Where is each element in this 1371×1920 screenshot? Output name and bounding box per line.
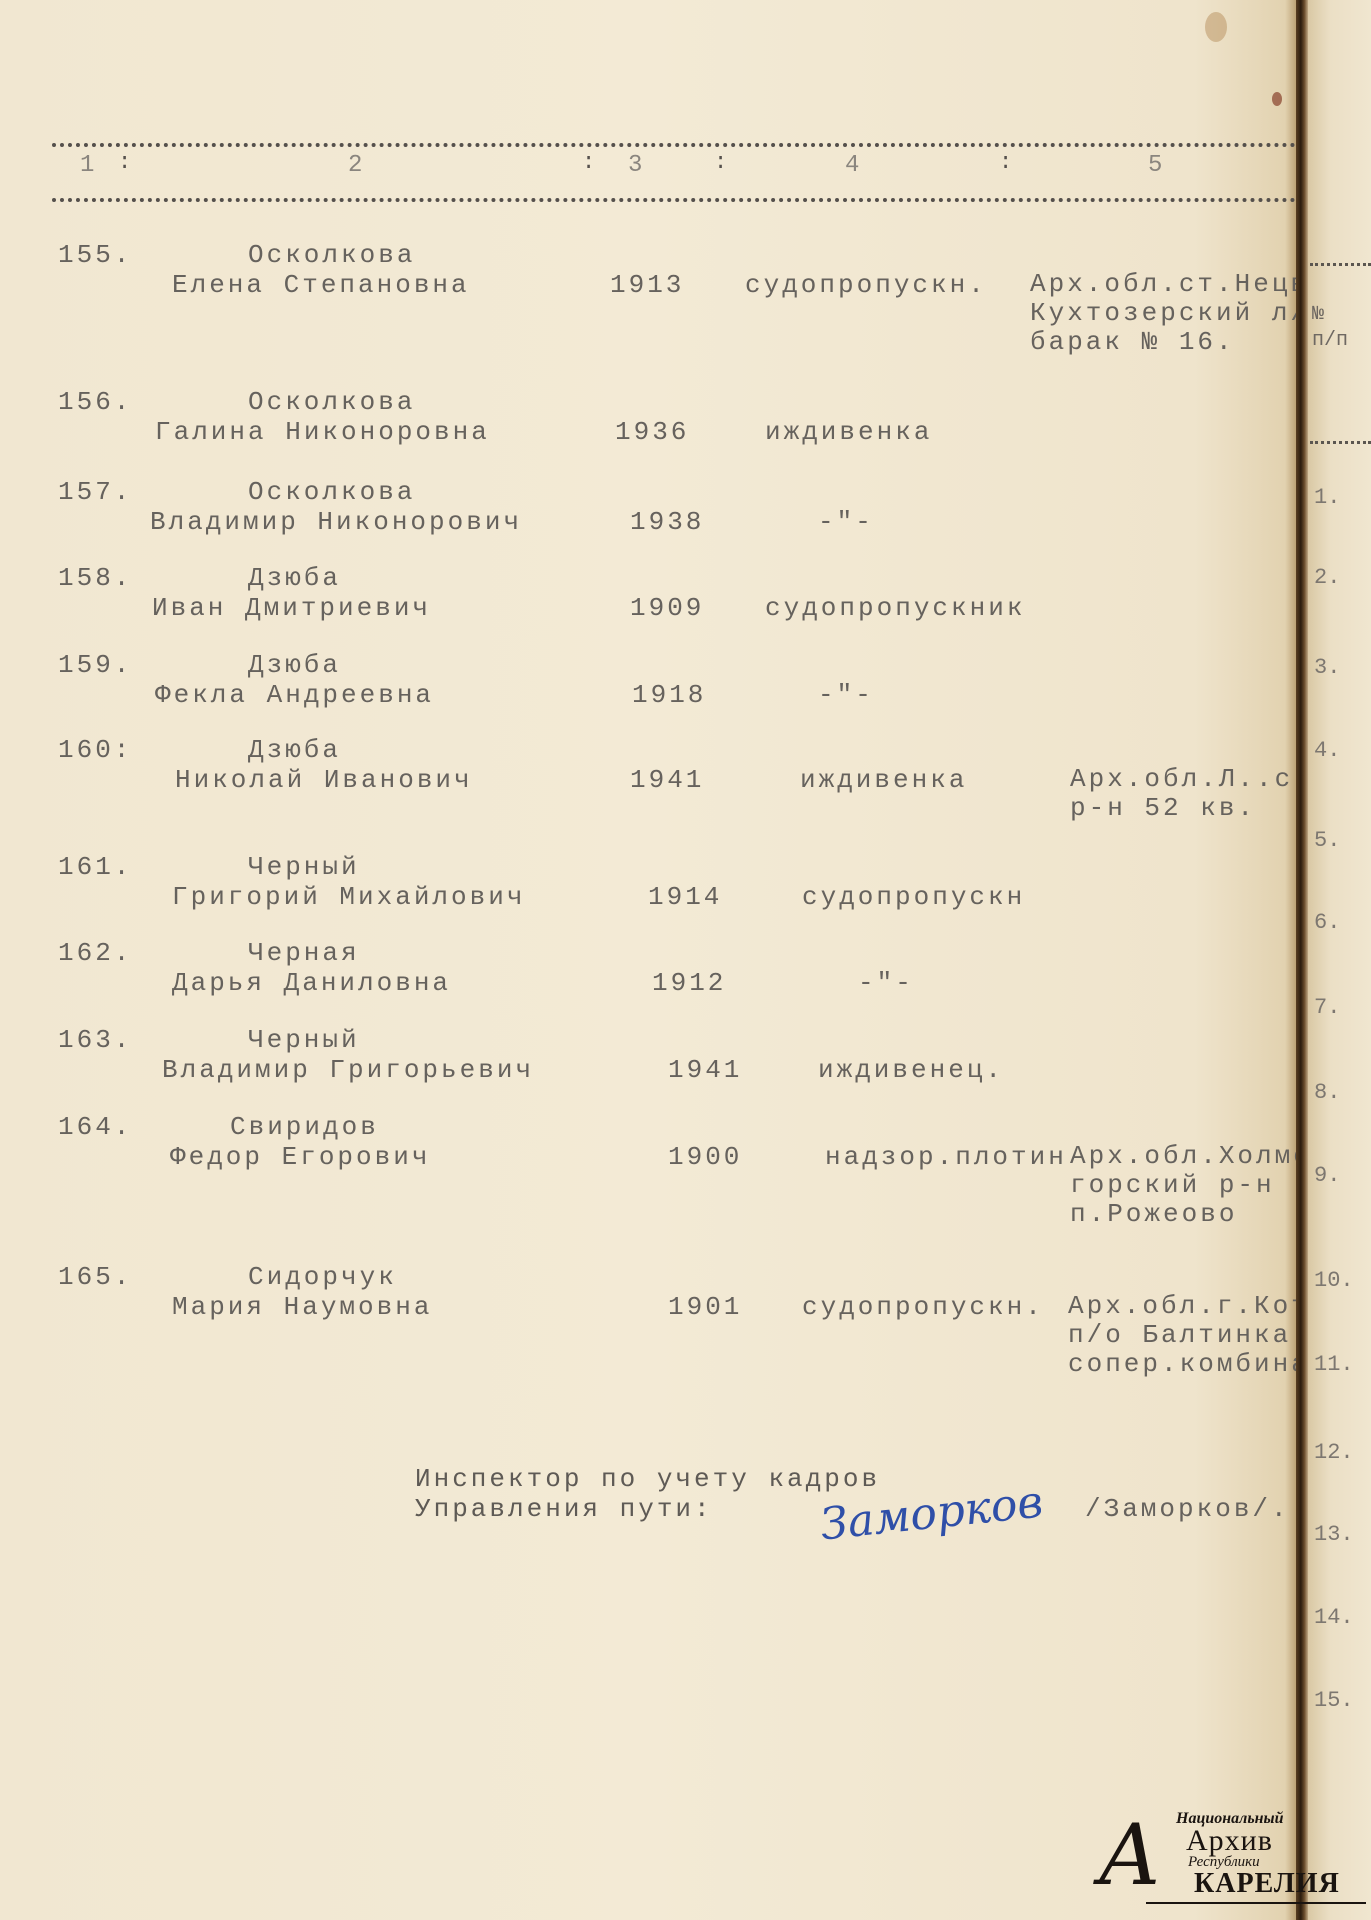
surname: Осколкова <box>248 240 415 270</box>
address: Арх.обл.г.Котл п/о Балтинка сопер.комбин… <box>1068 1292 1334 1379</box>
given-name: Федор Егорович <box>170 1142 430 1172</box>
document-page: 1 : 2 : 3 : 4 : 5 155. Осколкова Елена С… <box>0 0 1298 1920</box>
adjacent-row-number: 7. <box>1314 995 1340 1020</box>
adjacent-row-number: 1. <box>1314 485 1340 510</box>
address: Арх.обл.ст.Нецв Кухтозерский л/п барак №… <box>1030 270 1296 357</box>
row-number: 164. <box>58 1112 132 1142</box>
row-number: 155. <box>58 240 132 270</box>
logo-line2: Архив <box>1186 1824 1273 1858</box>
surname: Черный <box>248 1025 360 1055</box>
column-separator: : <box>582 150 595 175</box>
row-number: 163. <box>58 1025 132 1055</box>
given-name: Иван Дмитриевич <box>152 593 431 623</box>
signatory-name: /Заморков/. <box>1085 1494 1290 1524</box>
row-number: 158. <box>58 563 132 593</box>
occupation: судопропускн. <box>745 270 987 300</box>
surname: Черный <box>248 852 360 882</box>
birth-year: 1913 <box>610 270 684 300</box>
given-name: Николай Иванович <box>175 765 473 795</box>
row-number: 156. <box>58 387 132 417</box>
adjacent-page: № п/п 1. 2. 3. 4. 5. 6. 7. 8. 9. 10. 11.… <box>1308 0 1371 1920</box>
given-name: Владимир Никонорович <box>150 507 522 537</box>
birth-year: 1918 <box>632 680 706 710</box>
birth-year: 1938 <box>630 507 704 537</box>
adjacent-row-number: 9. <box>1314 1163 1340 1188</box>
adjacent-header-number-sign: № <box>1312 303 1324 326</box>
surname: Осколкова <box>248 477 415 507</box>
adjacent-row-number: 15. <box>1314 1688 1354 1713</box>
birth-year: 1914 <box>648 882 722 912</box>
adjacent-page-header: № п/п <box>1310 225 1371 435</box>
column-header-3: 3 <box>628 152 642 179</box>
given-name: Фекла Андреевна <box>155 680 434 710</box>
adjacent-row-number: 11. <box>1314 1352 1354 1377</box>
adjacent-header-rule <box>1310 441 1371 444</box>
column-header-5: 5 <box>1148 152 1162 179</box>
birth-year: 1901 <box>668 1292 742 1322</box>
column-separator: : <box>118 150 131 175</box>
surname: Сидорчук <box>248 1262 397 1292</box>
row-number: 157. <box>58 477 132 507</box>
signature-title: Инспектор по учету кадров Управления пут… <box>415 1464 880 1524</box>
adjacent-header-pp: п/п <box>1312 329 1348 352</box>
birth-year: 1912 <box>652 968 726 998</box>
adjacent-row-number: 2. <box>1314 565 1340 590</box>
given-name: Мария Наумовна <box>172 1292 432 1322</box>
logo-underline <box>1146 1902 1366 1904</box>
occupation: иждивенец. <box>818 1055 1004 1085</box>
row-number: 159. <box>58 650 132 680</box>
given-name: Дарья Даниловна <box>172 968 451 998</box>
logo-monogram: А <box>1098 1806 1162 1904</box>
occupation-ditto: -"- <box>818 680 874 710</box>
adjacent-row-number: 14. <box>1314 1605 1354 1630</box>
row-number: 160: <box>58 735 132 765</box>
birth-year: 1941 <box>630 765 704 795</box>
adjacent-row-number: 12. <box>1314 1440 1354 1465</box>
book-spine <box>1296 0 1308 1920</box>
paper-stain <box>1272 92 1282 106</box>
birth-year: 1909 <box>630 593 704 623</box>
row-number: 165. <box>58 1262 132 1292</box>
occupation: иждивенка <box>800 765 967 795</box>
given-name: Галина Никоноровна <box>155 417 490 447</box>
occupation: судопропускник <box>765 593 1025 623</box>
surname: Дзюба <box>248 650 341 680</box>
adjacent-row-number: 8. <box>1314 1080 1340 1105</box>
header-rule-bottom <box>52 198 1296 202</box>
signature-title-line2: Управления пути: <box>415 1494 713 1524</box>
header-rule-top <box>52 143 1296 147</box>
adjacent-row-number: 6. <box>1314 910 1340 935</box>
archive-watermark-logo: А Национальный Архив Республики КАРЕЛИЯ <box>1098 1810 1368 1915</box>
column-separator: : <box>714 150 727 175</box>
surname: Свиридов <box>230 1112 379 1142</box>
adjacent-row-number: 13. <box>1314 1522 1354 1547</box>
row-number: 161. <box>58 852 132 882</box>
birth-year: 1900 <box>668 1142 742 1172</box>
surname: Черная <box>248 938 360 968</box>
adjacent-row-number: 10. <box>1314 1268 1354 1293</box>
occupation: судопропускн. <box>802 1292 1044 1322</box>
occupation: судопропускн <box>802 882 1025 912</box>
occupation-ditto: -"- <box>818 507 874 537</box>
given-name: Елена Степановна <box>172 270 470 300</box>
occupation-ditto: -"- <box>858 968 914 998</box>
given-name: Григорий Михайлович <box>172 882 525 912</box>
birth-year: 1941 <box>668 1055 742 1085</box>
row-number: 162. <box>58 938 132 968</box>
surname: Дзюба <box>248 563 341 593</box>
column-header-1: 1 <box>80 152 94 179</box>
adjacent-row-number: 4. <box>1314 738 1340 763</box>
birth-year: 1936 <box>615 417 689 447</box>
column-header-4: 4 <box>845 152 859 179</box>
occupation: иждивенка <box>765 417 932 447</box>
given-name: Владимир Григорьевич <box>162 1055 534 1085</box>
logo-line4: КАРЕЛИЯ <box>1194 1868 1340 1900</box>
surname: Осколкова <box>248 387 415 417</box>
paper-stain <box>1205 12 1227 42</box>
adjacent-header-rule <box>1310 263 1371 266</box>
occupation: надзор.плотин <box>825 1142 1067 1172</box>
signature-title-line1: Инспектор по учету кадров <box>415 1464 880 1494</box>
adjacent-row-number: 5. <box>1314 828 1340 853</box>
adjacent-row-number: 3. <box>1314 655 1340 680</box>
surname: Дзюба <box>248 735 341 765</box>
column-header-2: 2 <box>348 152 362 179</box>
column-separator: : <box>999 150 1012 175</box>
